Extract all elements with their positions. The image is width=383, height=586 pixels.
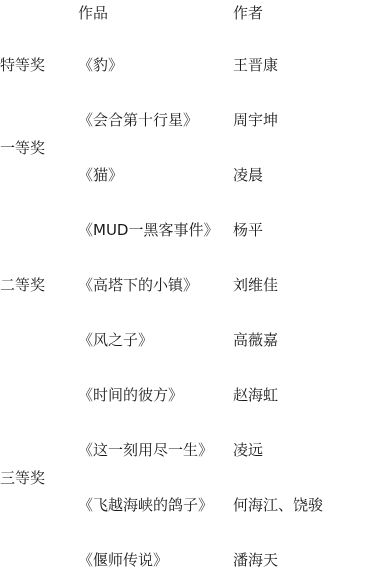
awards-table: 作品 作者 特等奖 《豹》 王晋康 一等奖 《会合第十行星》 周宇坤 《猫》 凌… xyxy=(0,0,383,586)
author-cell: 高薇嘉 xyxy=(233,312,383,367)
work-cell: 《这一刻用尽一生》 xyxy=(78,422,233,477)
author-cell: 刘维佳 xyxy=(233,257,383,312)
work-cell: 《猫》 xyxy=(78,147,233,202)
work-cell: 《豹》 xyxy=(78,37,233,92)
author-cell: 周宇坤 xyxy=(233,92,383,147)
work-cell: 《高塔下的小镇》 xyxy=(78,257,233,312)
work-cell: 《偃师传说》 xyxy=(78,532,233,586)
work-cell: 《时间的彼方》 xyxy=(78,367,233,422)
table-row: 一等奖 《会合第十行星》 周宇坤 xyxy=(0,92,383,147)
work-cell: 《会合第十行星》 xyxy=(78,92,233,147)
header-row: 作品 作者 xyxy=(0,0,383,37)
table-row: 三等奖 《时间的彼方》 赵海虹 xyxy=(0,367,383,422)
award-tier-label: 三等奖 xyxy=(0,367,78,586)
author-cell: 王晋康 xyxy=(233,37,383,92)
column-header-author: 作者 xyxy=(233,0,383,37)
author-cell: 赵海虹 xyxy=(233,367,383,422)
work-cell: 《MUD一黑客事件》 xyxy=(78,202,233,257)
author-cell: 凌晨 xyxy=(233,147,383,202)
column-header-award xyxy=(0,0,78,37)
work-cell: 《飞越海峡的鸽子》 xyxy=(78,477,233,532)
work-cell: 《风之子》 xyxy=(78,312,233,367)
award-tier-label: 一等奖 xyxy=(0,92,78,202)
author-cell: 潘海天 xyxy=(233,532,383,586)
column-header-work: 作品 xyxy=(78,0,233,37)
table-row: 特等奖 《豹》 王晋康 xyxy=(0,37,383,92)
award-tier-label: 二等奖 xyxy=(0,202,78,367)
award-tier-label: 特等奖 xyxy=(0,37,78,92)
author-cell: 凌远 xyxy=(233,422,383,477)
author-cell: 何海江、饶骏 xyxy=(233,477,383,532)
table-row: 二等奖 《MUD一黑客事件》 杨平 xyxy=(0,202,383,257)
author-cell: 杨平 xyxy=(233,202,383,257)
